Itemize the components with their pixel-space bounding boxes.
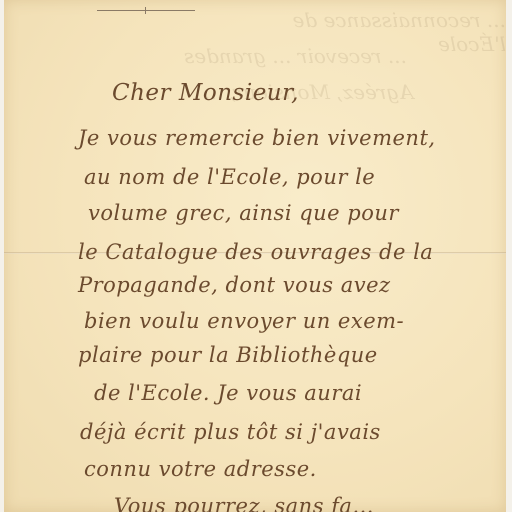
letter-line: bien voulu envoyer un exem- <box>84 309 404 333</box>
header-rule-mark <box>145 7 146 14</box>
letter-line: Je vous remercie bien vivement, <box>78 126 436 150</box>
letter-line: plaire pour la Bibliothèque <box>78 343 378 367</box>
letter-page: ... reconnaissance de l'École ... recevo… <box>4 0 506 512</box>
salutation: Cher Monsieur, <box>112 80 299 106</box>
letter-line: au nom de l'Ecole, pour le <box>84 165 375 189</box>
letter-line: de l'Ecole. Je vous aurai <box>94 381 362 405</box>
letter-line: connu votre adresse. <box>84 457 317 481</box>
letter-line: le Catalogue des ouvrages de la <box>78 240 433 264</box>
letter-line: Vous pourrez, sans fa... <box>114 494 374 512</box>
letter-line: déjà écrit plus tôt si j'avais <box>80 420 381 444</box>
letter-line: volume grec, ainsi que pour <box>88 201 399 225</box>
header-rule <box>97 10 195 11</box>
letter-line: Propagande, dont vous avez <box>78 273 391 297</box>
bleed-through-text: ... recevoir ... grandes <box>184 44 407 68</box>
